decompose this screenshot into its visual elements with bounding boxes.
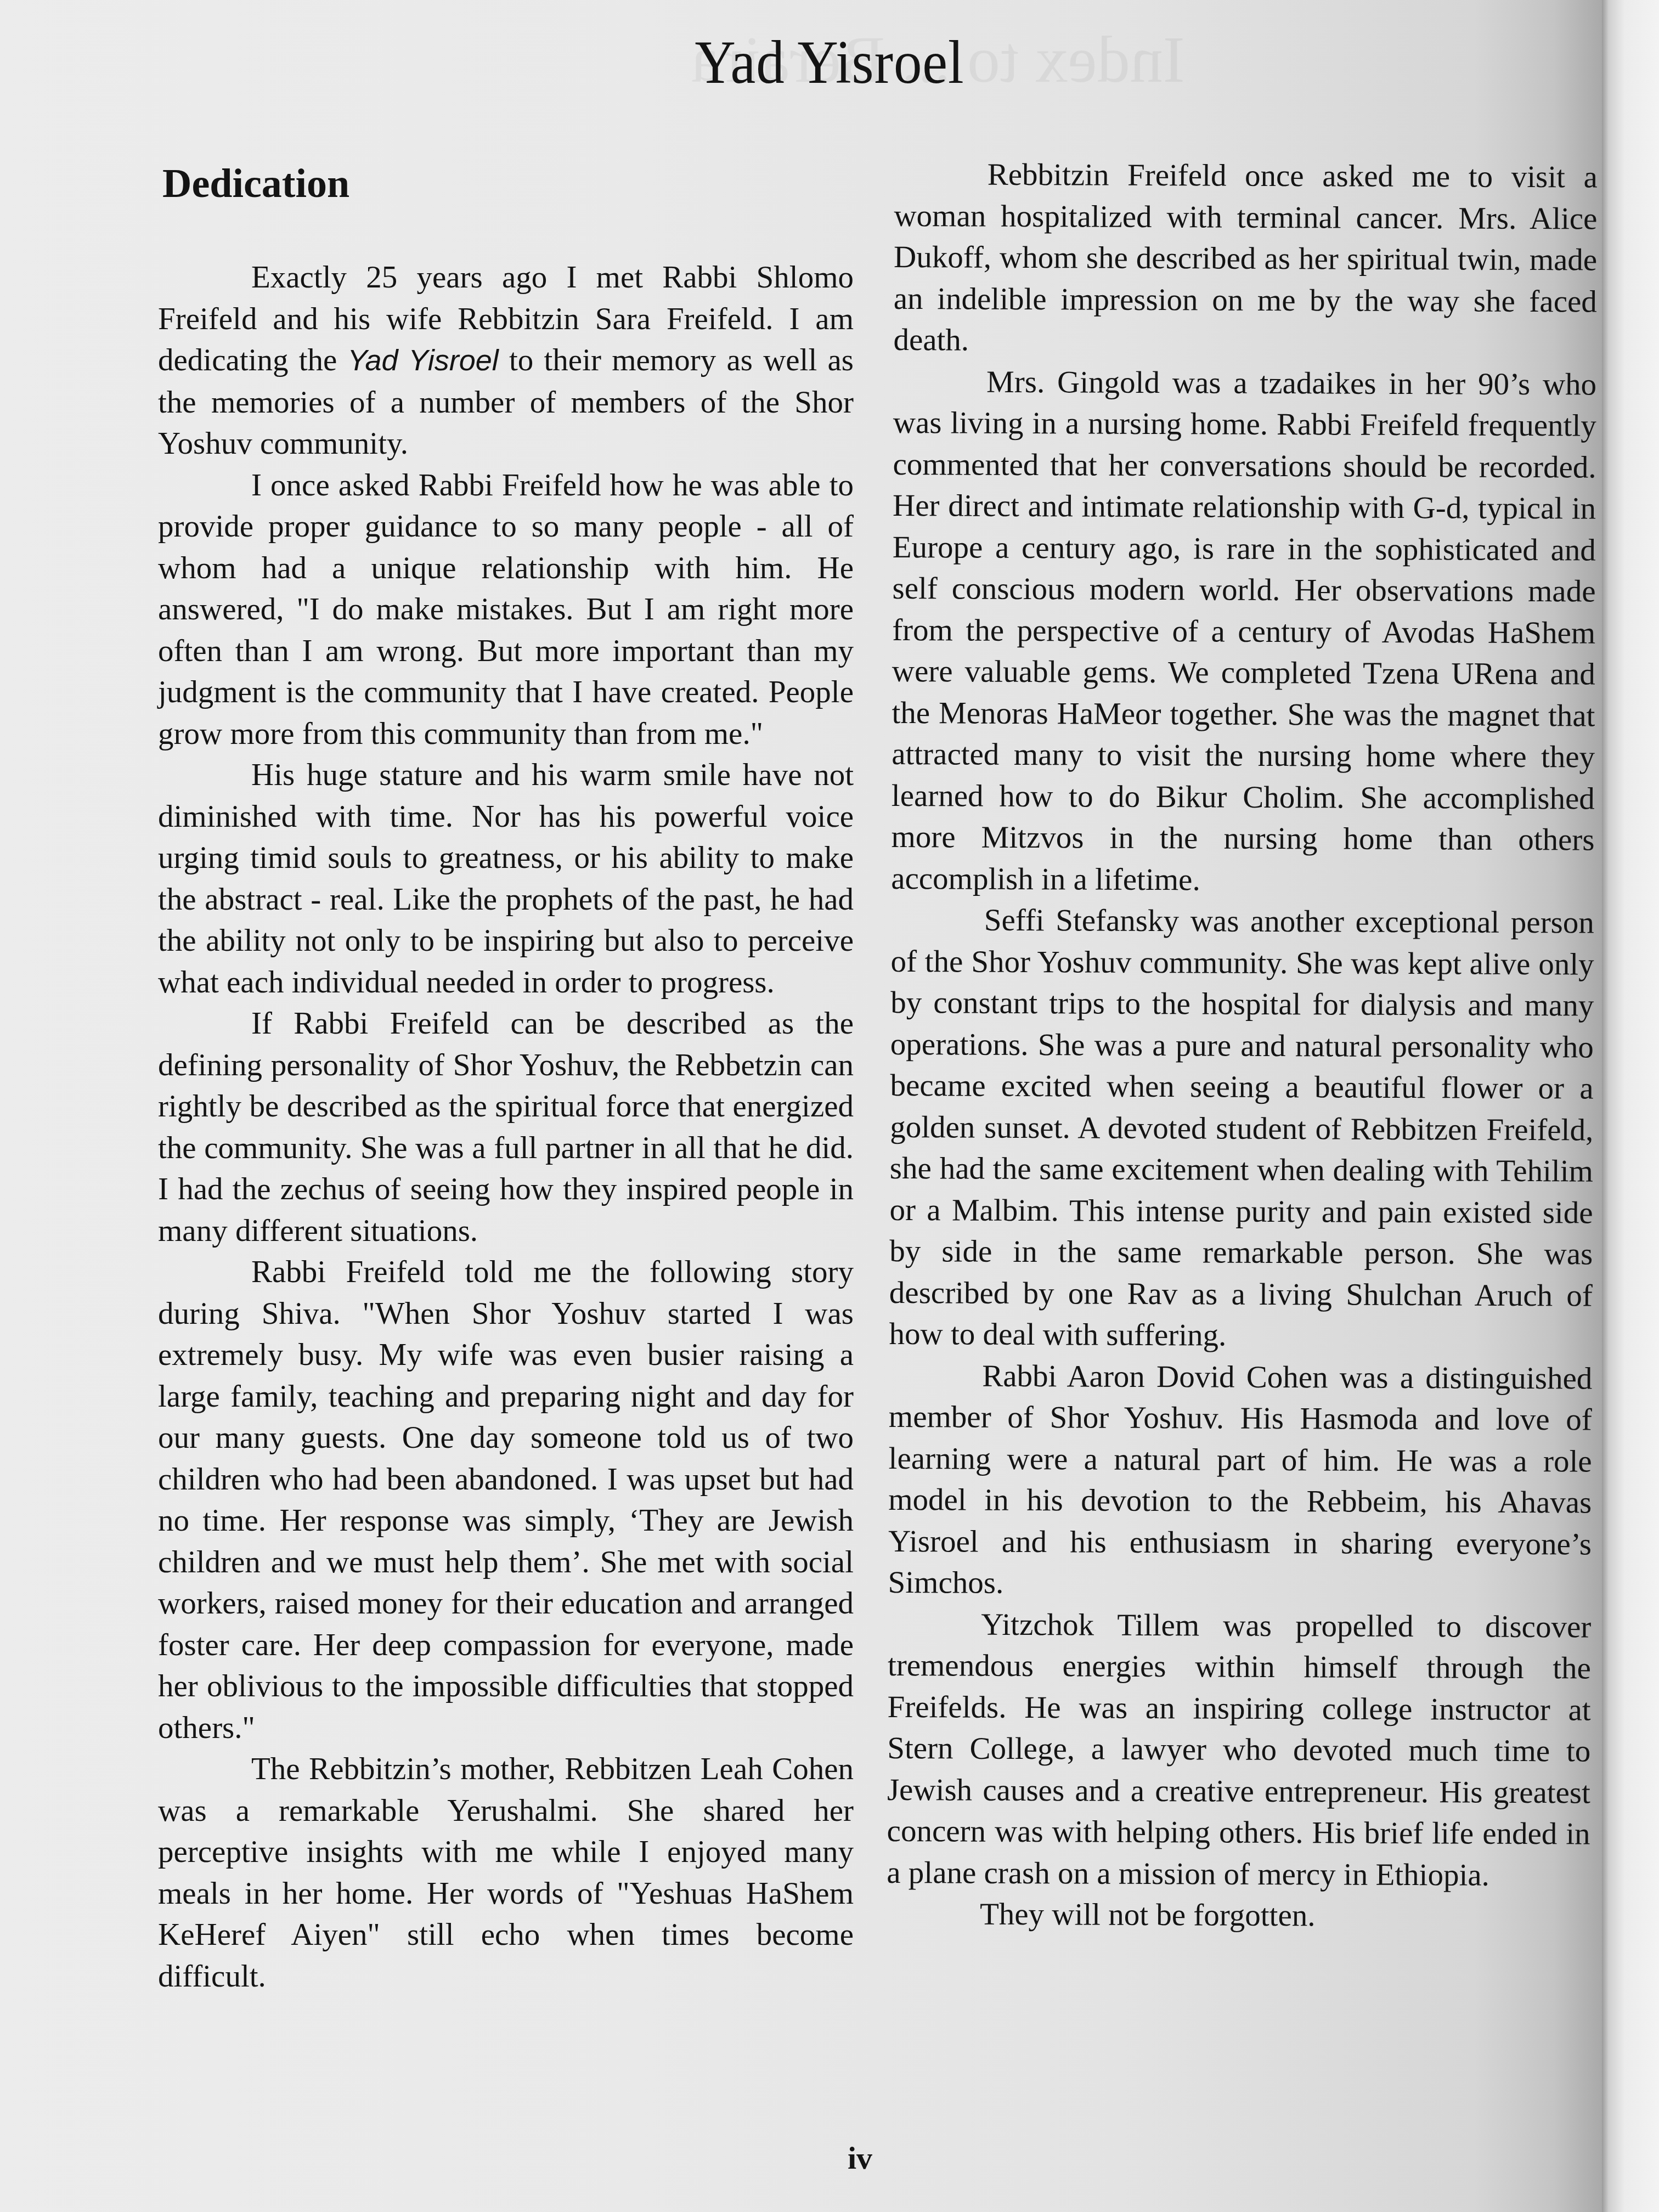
running-head-title: Yad Yisroel	[66, 27, 1593, 98]
paragraph-stefansky: Seffi Stefansky was another exceptional …	[889, 899, 1594, 1358]
adjacent-page-edge	[1602, 0, 1659, 2212]
book-title-italic: Yad Yisroel	[348, 344, 499, 377]
closing-line: They will not be forgotten.	[887, 1893, 1590, 1938]
book-page: Index to ... Beraira Yad Yisroel Dedicat…	[0, 0, 1602, 2212]
paragraph-guidance: I once asked Rabbi Freifeld how he was a…	[158, 465, 854, 755]
paragraph-stature: His huge stature and his warm smile have…	[158, 754, 854, 1003]
paragraph-gingold: Mrs. Gingold was a tzadaikes in her 90’s…	[891, 360, 1596, 902]
paragraph-tillem: Yitzchok Tillem was propelled to discove…	[887, 1603, 1591, 1896]
paragraph-dukoff: Rebbitzin Freifeld once asked me to visi…	[893, 154, 1598, 364]
paragraph-cohen: Rabbi Aaron Dovid Cohen was a distinguis…	[888, 1355, 1592, 1606]
left-column: Dedication Exactly 25 years ago I met Ra…	[158, 159, 854, 1997]
right-column: Rebbitzin Freifeld once asked me to visi…	[887, 154, 1598, 1938]
paragraph-intro: Exactly 25 years ago I met Rabbi Shlomo …	[158, 257, 854, 465]
paragraph-shiva-story: Rabbi Freifeld told me the following sto…	[158, 1251, 854, 1748]
paragraph-leah-cohen: The Rebbitzin’s mother, Rebbitzen Leah C…	[158, 1748, 854, 1997]
page-number: iv	[848, 2140, 872, 2176]
paragraph-rebbetzin: If Rabbi Freifeld can be described as th…	[158, 1003, 854, 1251]
section-heading-dedication: Dedication	[162, 159, 854, 208]
